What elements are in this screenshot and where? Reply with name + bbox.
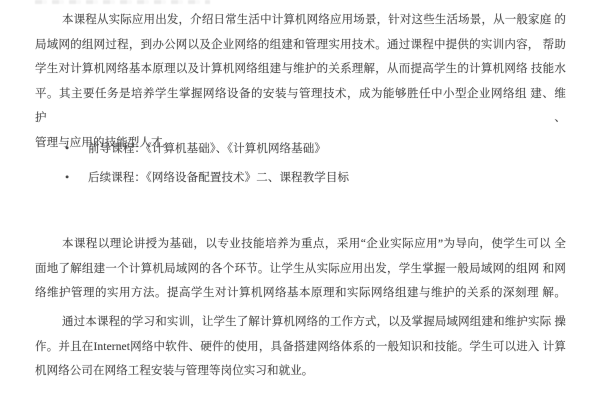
paragraph-learning-outcomes: 通过本课程的学习和实训，让学生了解计算机网络的工作方式，以及掌握局域网组建和维护… [35, 310, 566, 384]
cropped-text-remnant [35, 0, 210, 4]
paragraph-teaching-approach: 本课程以理论讲授为基础，以专业技能培养为重点，采用“企业实际应用”为导向，使学生… [35, 232, 566, 306]
text-line: 学生对计算机网络基本原理以及计算机网络组建与维护的关系理解，从而提高学生的计算机… [35, 57, 566, 82]
text-line: 络维护管理的实用方法。提高学生对计算机网络基本原理和实际网络组建与维护的关系的深… [35, 281, 566, 306]
document-page: 本课程从实际应用出发，介绍日常生活中计算机网络应用场景，针对这些生活场景，从一般… [0, 0, 600, 400]
text-line: 机网络公司在网络工程安装与管理等岗位实习和就业。 [35, 359, 566, 384]
text-line: 面地了解组建一个计算机局域网的各个环节。让学生从实际应用出发，学生掌握一般局域网… [35, 257, 566, 282]
list-item-prerequisite-courses: • 前导课程：《计算机基础》、《计算机网络基础》 [35, 134, 566, 163]
list-item-follow-up-courses: • 后续课程：《网络设备配置技术》二、课程教学目标 [35, 163, 566, 192]
text-line: 本课程以理论讲授为基础，以专业技能培养为重点，采用“企业实际应用”为导向，使学生… [35, 232, 566, 257]
text-line: 局域网的组网过程，到办公网以及企业网络的组建和管理实用技术。通过课程中提供的实训… [35, 33, 566, 58]
text-line: 通过本课程的学习和实训，让学生了解计算机网络的工作方式，以及掌握局域网组建和维护… [35, 310, 566, 335]
list-item-text: 前导课程：《计算机基础》、《计算机网络基础》 [88, 135, 326, 163]
text-line: 平。其主要任务是培养学生掌握网络设备的安装与管理技术，成为能够胜任中小型企业网络… [35, 82, 566, 131]
text-line: 本课程从实际应用出发，介绍日常生活中计算机网络应用场景，针对这些生活场景，从一般… [35, 8, 566, 33]
course-bullet-list: • 前导课程：《计算机基础》、《计算机网络基础》 • 后续课程：《网络设备配置技… [35, 134, 566, 192]
bullet-icon: • [65, 163, 73, 191]
bullet-icon: • [65, 134, 73, 162]
list-item-text: 后续课程：《网络设备配置技术》二、课程教学目标 [88, 164, 349, 192]
text-line: 作。并且在Internet网络中软件、硬件的使用，具备搭建网络体系的一般知识和技… [35, 335, 566, 360]
